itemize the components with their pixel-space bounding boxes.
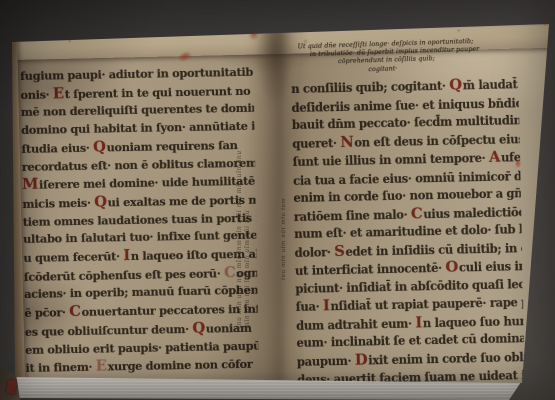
manuscript-text: ultabo in ſalutari tuo· infixe ſunt gent… [23, 228, 257, 246]
manuscript-text: ſcōderūt cōphenſus eſt pes eorū· [24, 266, 224, 284]
manuscript-text: em obliuio erit paupis· patientia paupū [25, 338, 259, 356]
manuscript-text: cia tua a facie eius· omniū inimicor̄ dn… [293, 168, 521, 188]
rubric-initial: M [22, 175, 38, 193]
manuscript-text: iſerere mei domine· uide humilitatē me [39, 174, 256, 192]
manuscript-text: ui exaltas me de portis mortis [107, 192, 255, 209]
manuscript-text: mē non dereliquiſti querentes te domine· [21, 101, 255, 120]
manuscript-text: eum· inclinabit ſe et cadet cū dominat̄ … [296, 330, 524, 350]
marginal-note-inner: īnu mīn uīm nūi mīu īnm [280, 184, 292, 280]
manuscript-text: micis meis· [22, 196, 94, 211]
rubric-initial: C [224, 263, 236, 281]
manuscript-text: tiem omnes laudationes tuas in portis fi… [23, 210, 257, 229]
right-page-text: n conſiliis quib; cogitant· Qm̄ laudat̄ … [291, 75, 525, 384]
rubric-initial: Q [192, 319, 205, 337]
manuscript-text: dum adtrahit eum· [296, 316, 416, 332]
manuscript-text: deſideriis anime ſue· et iniquus bn̄dici… [291, 95, 519, 114]
manuscript-photo: Ut quid dn̄e receſſiſti longe· deſpicis … [0, 0, 555, 400]
manuscript-text: cogitant· [368, 65, 397, 73]
manuscript-line: it in finem· Exurge domine non cōfor [25, 355, 259, 378]
rubric-initial: D [355, 350, 368, 368]
manuscript-text: uius maledictiōe [423, 205, 521, 221]
manuscript-text: ut interficiat innocentē· [295, 261, 446, 278]
manuscript-text: nſidiat̄ ut rapiat pauperē· rape pau [330, 295, 523, 313]
rubric-initial: E [96, 357, 107, 375]
rubric-initial: C [411, 204, 423, 222]
manuscript-text: culi eius in paupe [459, 258, 523, 274]
rubric-initial: I [323, 296, 330, 314]
rubric-initial: A [489, 148, 500, 166]
rubric-initial: E [53, 84, 64, 102]
manuscript-text: domino qui habitat in ſyon· annūtiate in [21, 119, 255, 137]
manuscript-text: n laqueo ſuo humiliab [423, 313, 524, 330]
manuscript-text: on eſt deus in cōſpectu eius· inquina [354, 130, 520, 149]
manuscript-text: dolor· [294, 245, 334, 260]
manuscript-text: ſua· [296, 299, 323, 314]
manuscript-text: uferunt̄ iud [501, 149, 520, 164]
rubric-initial: N [340, 132, 353, 150]
manuscript-text: uoniam requirens ſan [106, 138, 237, 154]
rubric-initial: Q [93, 137, 106, 155]
manuscript-text: fugium paupi· adiutor in oportunitatib; [20, 65, 254, 83]
rubric-initial: Q [94, 192, 107, 210]
manuscript-text: onuertantur peccatores in infernū· [81, 301, 257, 319]
manuscript-text: ſunt uie illius in omni tempore· [293, 151, 490, 169]
marginal-note-outer: īnu mīn uīm nūi mīu īnm uīn mūi nīu mīn … [236, 82, 254, 328]
rubric-initial: I [415, 313, 422, 331]
manuscript-text: it in finem· [25, 360, 95, 375]
manuscript-text: recordatus eſt· non ē oblitus clamorem p… [22, 155, 256, 174]
rubric-initial: C [69, 302, 81, 320]
manuscript-text: u quem fecerūt· [23, 249, 123, 265]
manuscript-text: xurge domine non cōfor [107, 357, 252, 374]
red-fleck-corner [542, 19, 549, 26]
manuscript-text: queret· [292, 135, 340, 150]
rubric-initial: I [123, 246, 130, 264]
manuscript-text: onis· [20, 87, 53, 102]
manuscript-text: m̄ laudat̄ peccat [463, 76, 519, 92]
manuscript-text: ſtudia eius· [21, 140, 93, 155]
rubric-initial: S [334, 241, 345, 259]
manuscript-text: ratiōem ſine malo· [294, 207, 411, 223]
rubric-initial: Q [449, 75, 462, 93]
gutter-stain [256, 24, 294, 108]
manuscript-text: paupum· [297, 353, 355, 368]
manuscript-text: ixit enim in corde ſuo oblitus ē [368, 349, 524, 367]
manuscript-text: edet in inſidiis cū diuitib; in occultis [345, 240, 522, 259]
manuscript-text: ē pc̄or· [24, 305, 69, 320]
open-book: Ut quid dn̄e receſſiſti longe· deſpicis … [0, 0, 555, 400]
cursive-gloss-note: Ut quid dn̄e receſſiſti longe· deſpicis … [298, 37, 519, 77]
rubric-initial: O [445, 258, 458, 276]
manuscript-text: n conſiliis quib; cogitant· [291, 79, 449, 96]
left-page-text: fugium paupi· adiutor in oportunitatib;o… [20, 64, 259, 374]
manuscript-text: aciens· in operib; manuū ſuarū cōphenſus [24, 283, 258, 302]
manuscript-text: es que obliuiſcuntur deum· [25, 322, 193, 339]
manuscript-text: t ſperent in te qui nouerunt no [65, 83, 251, 100]
